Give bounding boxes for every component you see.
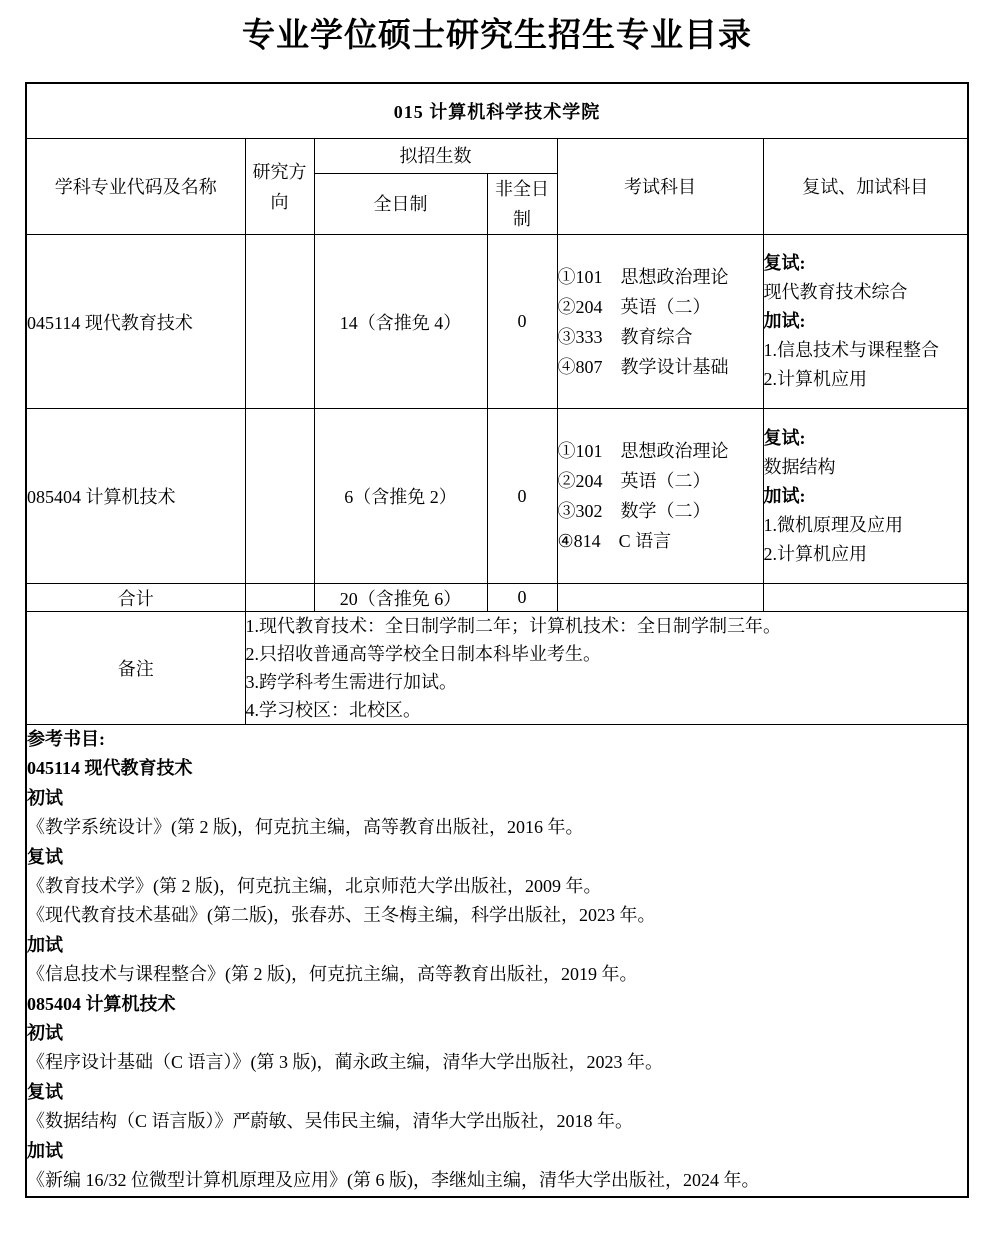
remark-line: 2.只招收普通高等学校全日制本科毕业考生。 [246, 640, 968, 668]
reference-stage-heading: 复试 [27, 1078, 967, 1107]
reference-stage-heading: 加试 [27, 1137, 967, 1166]
exam-subject: ②204 英语（二） [558, 292, 763, 322]
research-direction-cell [245, 409, 314, 584]
reference-book: 《信息技术与课程整合》(第 2 版)，何克抗主编，高等教育出版社，2019 年。 [27, 960, 967, 989]
reference-book: 《数据结构（C 语言版）》严蔚敏、吴伟民主编，清华大学出版社，2018 年。 [27, 1107, 967, 1136]
retest-subjects-cell: 复试: 现代教育技术综合 加试: 1.信息技术与课程整合 2.计算机应用 [763, 235, 968, 409]
addtest-label: 加试: [764, 307, 968, 336]
reference-stage-heading: 加试 [27, 931, 967, 960]
remark-line: 1.现代教育技术：全日制学制二年；计算机技术：全日制学制三年。 [246, 612, 968, 640]
retest-course: 数据结构 [764, 453, 968, 482]
research-direction-cell [245, 235, 314, 409]
exam-subject: ③333 教育综合 [558, 322, 763, 352]
retest-subjects-cell: 复试: 数据结构 加试: 1.微机原理及应用 2.计算机应用 [763, 409, 968, 584]
exam-subject: ④807 教学设计基础 [558, 352, 763, 382]
references-heading: 参考书目: [27, 725, 967, 754]
page-title: 专业学位硕士研究生招生专业目录 [0, 0, 994, 59]
empty-exam-cell [557, 584, 763, 612]
remarks-content: 1.现代教育技术：全日制学制二年；计算机技术：全日制学制三年。 2.只招收普通高… [245, 612, 968, 725]
full-time-count: 14（含推免 4） [314, 235, 487, 409]
retest-label: 复试: [764, 424, 968, 453]
col-header-part-time: 非全日制 [487, 174, 557, 235]
col-header-exam-subjects: 考试科目 [557, 139, 763, 235]
program-row-085404: 085404 计算机技术 6（含推免 2） 0 ①101 思想政治理论 ②204… [26, 409, 968, 584]
addtest-item: 1.信息技术与课程整合 [764, 336, 968, 365]
total-full-time-count: 20（含推免 6） [314, 584, 487, 612]
reference-stage-heading: 初试 [27, 784, 967, 813]
exam-subjects-cell: ①101 思想政治理论 ②204 英语（二） ③302 数学（二） ④814 C… [557, 409, 763, 584]
column-header-row-top: 学科专业代码及名称 研究方向 拟招生数 考试科目 复试、加试科目 [26, 139, 968, 174]
admissions-catalog-table: 015 计算机科学技术学院 学科专业代码及名称 研究方向 拟招生数 考试科目 复… [25, 82, 969, 1198]
program-code-name: 085404 计算机技术 [26, 409, 245, 584]
remark-line: 4.学习校区：北校区。 [246, 696, 968, 724]
col-header-research-direction: 研究方向 [245, 139, 314, 235]
remarks-label: 备注 [26, 612, 245, 725]
program-row-045114: 045114 现代教育技术 14（含推免 4） 0 ①101 思想政治理论 ②2… [26, 235, 968, 409]
col-header-retest-subjects: 复试、加试科目 [763, 139, 968, 235]
addtest-item: 1.微机原理及应用 [764, 511, 968, 540]
reference-program-heading: 045114 现代教育技术 [27, 754, 967, 783]
addtest-item: 2.计算机应用 [764, 365, 968, 394]
reference-program-heading: 085404 计算机技术 [27, 990, 967, 1019]
references-section: 参考书目: 045114 现代教育技术 初试 《教学系统设计》(第 2 版)，何… [26, 725, 968, 1197]
exam-subject: ①101 思想政治理论 [558, 262, 763, 292]
exam-subject: ①101 思想政治理论 [558, 436, 763, 466]
exam-subjects-cell: ①101 思想政治理论 ②204 英语（二） ③333 教育综合 ④807 教学… [557, 235, 763, 409]
empty-retest-cell [763, 584, 968, 612]
exam-subject: ③302 数学（二） [558, 496, 763, 526]
program-code-name: 045114 现代教育技术 [26, 235, 245, 409]
reference-book: 《新编 16/32 位微型计算机原理及应用》(第 6 版)，李继灿主编，清华大学… [27, 1166, 967, 1195]
reference-stage-heading: 复试 [27, 843, 967, 872]
exam-subject: ②204 英语（二） [558, 466, 763, 496]
col-header-full-time: 全日制 [314, 174, 487, 235]
college-header-row: 015 计算机科学技术学院 [26, 83, 968, 139]
exam-subject: ④814 C 语言 [558, 526, 763, 556]
college-header: 015 计算机科学技术学院 [26, 83, 968, 139]
addtest-item: 2.计算机应用 [764, 540, 968, 569]
reference-book: 《现代教育技术基础》(第二版)，张春苏、王冬梅主编，科学出版社，2023 年。 [27, 901, 967, 930]
addtest-label: 加试: [764, 482, 968, 511]
part-time-count: 0 [487, 409, 557, 584]
full-time-count: 6（含推免 2） [314, 409, 487, 584]
part-time-count: 0 [487, 235, 557, 409]
total-part-time-count: 0 [487, 584, 557, 612]
remarks-row: 备注 1.现代教育技术：全日制学制二年；计算机技术：全日制学制三年。 2.只招收… [26, 612, 968, 725]
reference-book: 《程序设计基础（C 语言）》(第 3 版)，蔺永政主编，清华大学出版社，2023… [27, 1048, 967, 1077]
retest-course: 现代教育技术综合 [764, 278, 968, 307]
references-row: 参考书目: 045114 现代教育技术 初试 《教学系统设计》(第 2 版)，何… [26, 725, 968, 1197]
research-direction-cell [245, 584, 314, 612]
col-header-code-name: 学科专业代码及名称 [26, 139, 245, 235]
reference-book: 《教育技术学》(第 2 版)，何克抗主编，北京师范大学出版社，2009 年。 [27, 872, 967, 901]
remark-line: 3.跨学科考生需进行加试。 [246, 668, 968, 696]
total-row: 合计 20（含推免 6） 0 [26, 584, 968, 612]
total-label: 合计 [26, 584, 245, 612]
reference-book: 《教学系统设计》(第 2 版)，何克抗主编，高等教育出版社，2016 年。 [27, 813, 967, 842]
col-header-planned-enrollment: 拟招生数 [314, 139, 557, 174]
retest-label: 复试: [764, 249, 968, 278]
reference-stage-heading: 初试 [27, 1019, 967, 1048]
